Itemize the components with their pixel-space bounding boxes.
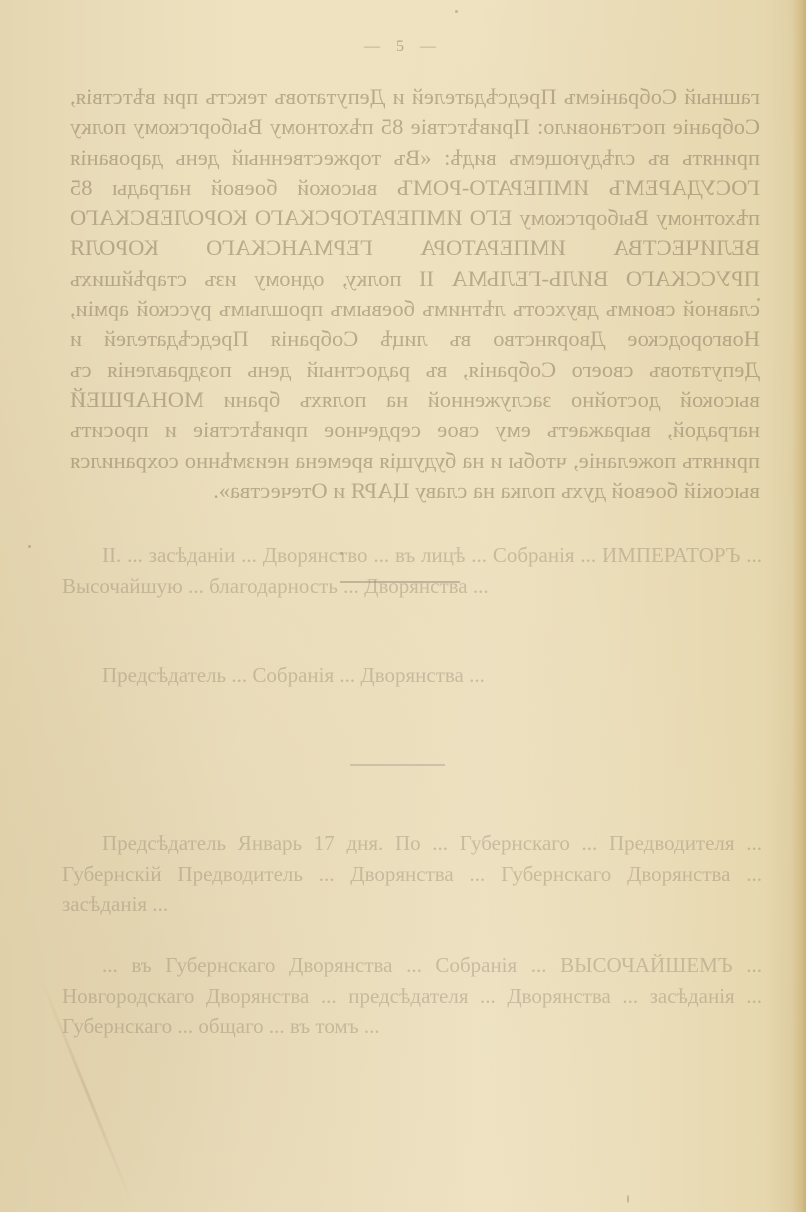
page-edge-shadow <box>792 0 806 1212</box>
reverse-side-bleed-through: гашный Собраніемъ Предсѣдателей и Депута… <box>70 82 760 506</box>
separator-rule <box>340 581 460 583</box>
front-paragraph: Предсѣдатель ... Собранія ... Дворянства… <box>62 660 762 691</box>
front-paragraph: ... въ Губернскаго Дворянства ... Собран… <box>62 950 762 1042</box>
bleed-through-paragraph: гашный Собраніемъ Предсѣдателей и Депута… <box>70 82 760 506</box>
front-paragraph: Предсѣдатель Январь 17 дня. По ... Губер… <box>62 828 762 920</box>
front-paragraph: II. ... засѣданіи ... Дворянство ... въ … <box>62 540 762 601</box>
separator-rule <box>350 764 445 766</box>
scanned-page: — 5 — гашный Собраніемъ Предсѣдателей и … <box>0 0 806 1212</box>
page-number: — 5 — <box>0 38 806 56</box>
